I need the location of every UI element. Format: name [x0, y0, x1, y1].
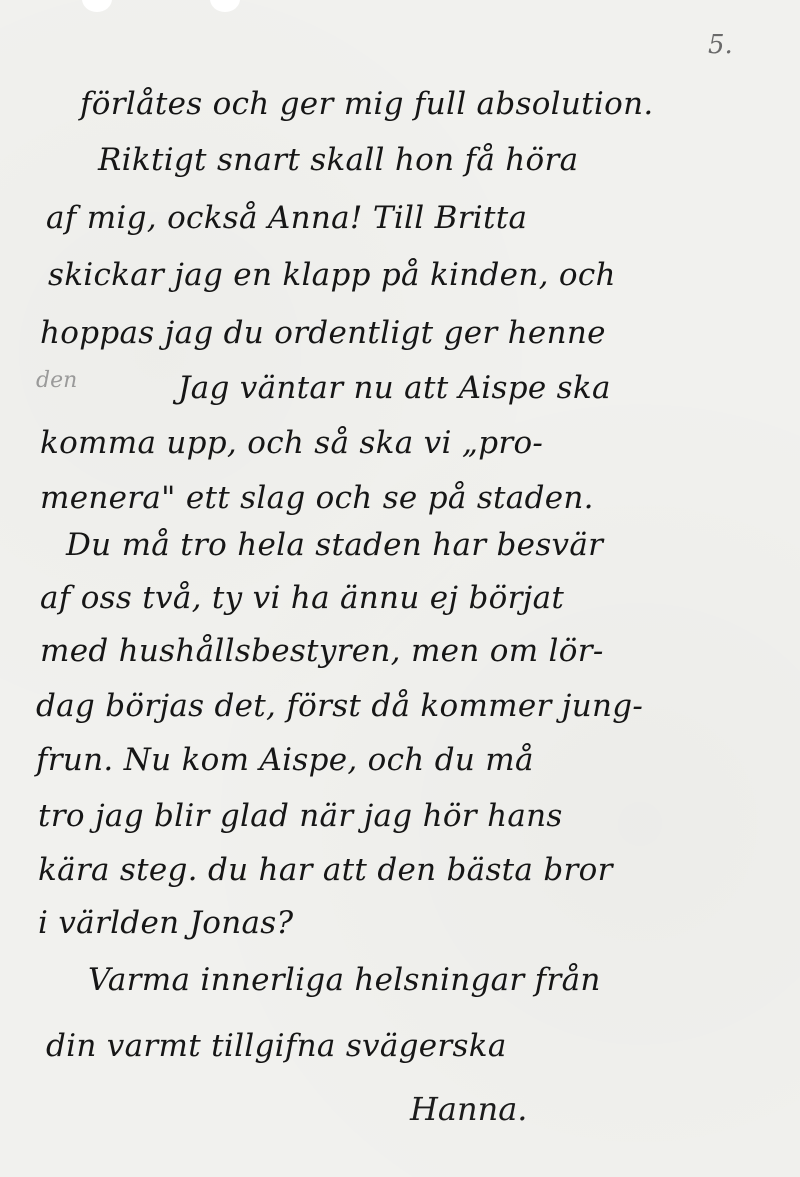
letter-line: din varmt tillgifna svägerska [46, 1028, 507, 1064]
letter-line: Riktigt snart skall hon få höra [98, 142, 578, 178]
letter-line: af mig, också Anna! Till Britta [46, 200, 527, 236]
letter-line: menera" ett slag och se på staden. [40, 480, 594, 516]
letter-line: Varma innerliga helsningar från [88, 962, 601, 998]
signature: Hanna. [410, 1090, 527, 1128]
letter-line: dag börjas det, först då kommer jung- [36, 688, 643, 724]
letter-line: frun. Nu kom Aispe, och du må [36, 742, 534, 778]
letter-line: med hushållsbestyren, men om lör- [40, 633, 604, 669]
letter-line: Du må tro hela staden har besvär [66, 527, 603, 563]
letter-line: skickar jag en klapp på kinden, och [48, 257, 616, 293]
letter-line: af oss två, ty vi ha ännu ej börjat [40, 580, 564, 616]
letter-line: kära steg. du har att den bästa bror [38, 852, 613, 888]
letter-line: tro jag blir glad när jag hör hans [38, 798, 563, 834]
letter-line: Jag väntar nu att Aispe ska [178, 370, 611, 406]
margin-note: den [36, 368, 77, 393]
page-number: 5. [708, 30, 733, 60]
letter-line: komma upp, och så ska vi „pro- [40, 425, 543, 461]
letter-line: förlåtes och ger mig full absolution. [80, 86, 654, 122]
letter-line: hoppas jag du ordentligt ger henne [40, 315, 606, 351]
letter-line: i världen Jonas? [38, 905, 293, 941]
